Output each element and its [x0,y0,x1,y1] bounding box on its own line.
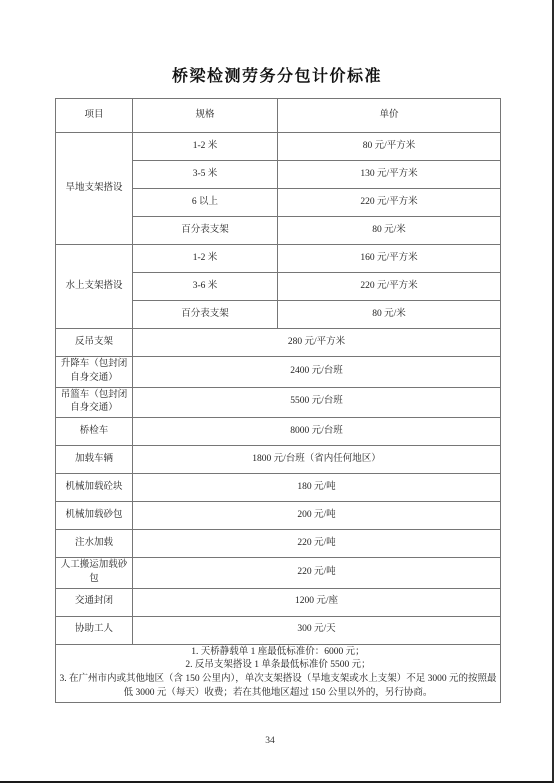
table-row: 吊篮车（包封闭自身交通） 5500 元/台班 [56,387,501,418]
item-label: 协助工人 [56,616,133,644]
table-row: 加载车辆 1800 元/台班（省内任何地区） [56,446,501,474]
note-line: 1. 天桥静载单 1 座最低标准价：6000 元； [59,646,497,660]
document-page: 桥梁检测劳务分包计价标准 项目 规格 单价 旱地支架搭设 1-2 米 80 元/… [0,0,554,783]
table-row: 水上支架搭设 1-2 米 160 元/平方米 [56,245,501,273]
page-number: 34 [0,736,540,746]
spec-cell: 1-2 米 [133,133,278,161]
price-cell: 280 元/平方米 [133,329,501,357]
price-cell: 180 元/吨 [133,474,501,502]
spec-cell: 3-6 米 [133,273,278,301]
spec-cell: 1-2 米 [133,245,278,273]
spec-cell: 百分表支架 [133,217,278,245]
item-label: 人工搬运加载砂包 [56,558,133,589]
price-cell: 1200 元/座 [133,588,501,616]
note-line: 2. 反吊支架搭设 1 单条最低标准价 5500 元； [59,659,497,673]
table-row: 桥检车 8000 元/台班 [56,418,501,446]
table-notes: 1. 天桥静载单 1 座最低标准价：6000 元； 2. 反吊支架搭设 1 单条… [56,644,501,702]
price-cell: 80 元/米 [278,217,501,245]
group-item-label: 旱地支架搭设 [56,133,133,245]
spec-cell: 百分表支架 [133,301,278,329]
table-row: 注水加载 220 元/吨 [56,530,501,558]
header-spec: 规格 [133,99,278,133]
price-cell: 300 元/天 [133,616,501,644]
price-cell: 8000 元/台班 [133,418,501,446]
price-cell: 200 元/吨 [133,502,501,530]
table-row: 升降车（包封闭自身交通） 2400 元/台班 [56,357,501,388]
price-cell: 220 元/平方米 [278,189,501,217]
item-label: 桥检车 [56,418,133,446]
item-label: 注水加载 [56,530,133,558]
group-item-label: 水上支架搭设 [56,245,133,329]
header-price: 单价 [278,99,501,133]
price-cell: 2400 元/台班 [133,357,501,388]
table-row: 反吊支架 280 元/平方米 [56,329,501,357]
item-label: 升降车（包封闭自身交通） [56,357,133,388]
table-row: 机械加载砼块 180 元/吨 [56,474,501,502]
pricing-table: 项目 规格 单价 旱地支架搭设 1-2 米 80 元/平方米 3-5 米 130… [55,98,501,703]
table-row: 交通封闭 1200 元/座 [56,588,501,616]
price-cell: 130 元/平方米 [278,161,501,189]
item-label: 吊篮车（包封闭自身交通） [56,387,133,418]
price-cell: 80 元/平方米 [278,133,501,161]
price-cell: 220 元/吨 [133,558,501,589]
item-label: 机械加载砂包 [56,502,133,530]
price-cell: 220 元/吨 [133,530,501,558]
item-label: 反吊支架 [56,329,133,357]
item-label: 交通封闭 [56,588,133,616]
spec-cell: 3-5 米 [133,161,278,189]
item-label: 加载车辆 [56,446,133,474]
price-cell: 160 元/平方米 [278,245,501,273]
note-line: 3. 在广州市内或其他地区（含 150 公里内），单次支架搭设（旱地支架或水上支… [59,673,497,701]
spec-cell: 6 以上 [133,189,278,217]
page-title: 桥梁检测劳务分包计价标准 [0,63,554,86]
table-row: 人工搬运加载砂包 220 元/吨 [56,558,501,589]
item-label: 机械加载砼块 [56,474,133,502]
table-row: 旱地支架搭设 1-2 米 80 元/平方米 [56,133,501,161]
table-header-row: 项目 规格 单价 [56,99,501,133]
price-cell: 5500 元/台班 [133,387,501,418]
price-cell: 80 元/米 [278,301,501,329]
header-item: 项目 [56,99,133,133]
table-notes-row: 1. 天桥静载单 1 座最低标准价：6000 元； 2. 反吊支架搭设 1 单条… [56,644,501,702]
price-cell: 1800 元/台班（省内任何地区） [133,446,501,474]
price-cell: 220 元/平方米 [278,273,501,301]
table-row: 机械加载砂包 200 元/吨 [56,502,501,530]
table-row: 协助工人 300 元/天 [56,616,501,644]
